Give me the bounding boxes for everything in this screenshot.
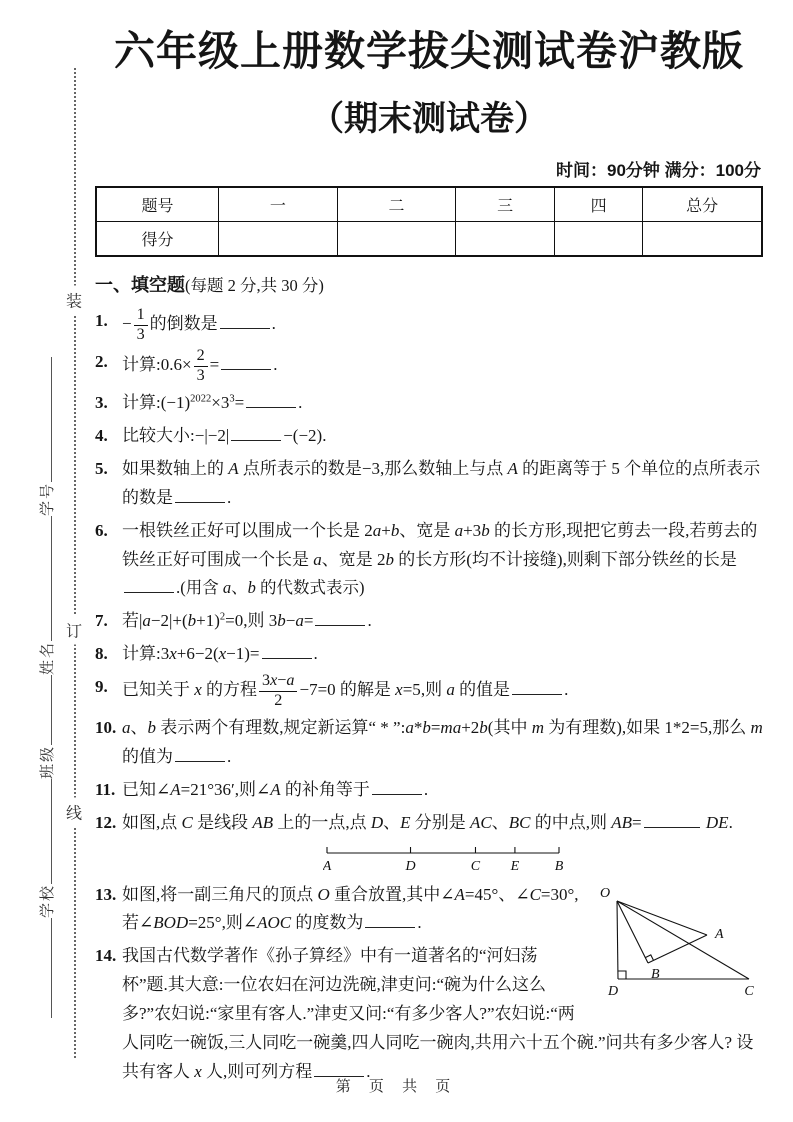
math-expression: b bbox=[148, 718, 157, 737]
math-expression: (−1)2022 bbox=[161, 393, 211, 412]
svg-text:D: D bbox=[404, 859, 415, 874]
question-5: 5.如果数轴上的 A 点所表示的数是−3,那么数轴上与点 A 的距离等于 5 个… bbox=[95, 455, 763, 513]
question-number: 1. bbox=[95, 307, 108, 336]
score-cell bbox=[337, 222, 456, 257]
question-text: 是线段 bbox=[193, 813, 253, 832]
binding-dotted-line bbox=[74, 68, 76, 1058]
score-table-header-row: 题号 一 二 三 四 总分 bbox=[96, 187, 762, 222]
question-text: . bbox=[314, 644, 318, 663]
question-number: 5. bbox=[95, 455, 108, 484]
answer-blank bbox=[231, 425, 281, 441]
question-text: 如果数轴上的 bbox=[122, 459, 228, 478]
question-text: 、 bbox=[492, 813, 509, 832]
score-header-cell: 总分 bbox=[643, 187, 762, 222]
question-text: 表示两个有理数,规定新运算“ * ”: bbox=[156, 718, 405, 737]
question-9: 9.已知关于 x 的方程3x−a2−7=0 的解是 x=5,则 a 的值是. bbox=[95, 673, 763, 710]
score-cell bbox=[219, 222, 338, 257]
question-text: 一根铁丝正好可以围成一个长是 bbox=[122, 521, 364, 540]
math-expression: O bbox=[318, 885, 330, 904]
binding-char: 线 bbox=[65, 798, 83, 827]
page-title: 六年级上册数学拔尖测试卷沪教版 bbox=[95, 26, 763, 77]
question-text: 计算: bbox=[122, 393, 161, 412]
question-7: 7.若|a−2|+(b+1)2=0,则 3b−a=. bbox=[95, 607, 763, 636]
answer-blank bbox=[372, 779, 422, 795]
math-expression: ∠BOD=25° bbox=[139, 913, 222, 932]
math-expression: AC bbox=[470, 813, 492, 832]
question-text: . bbox=[564, 680, 568, 699]
score-header-cell: 二 bbox=[337, 187, 456, 222]
question-text: . bbox=[272, 314, 276, 333]
math-expression: 3x+6−2(x−1)= bbox=[161, 644, 260, 663]
math-expression: = bbox=[235, 393, 245, 412]
question-text: 已知 bbox=[122, 780, 156, 799]
math-expression: x bbox=[194, 680, 202, 699]
math-expression: E bbox=[400, 813, 410, 832]
question-text: 为有理数),如果 bbox=[544, 718, 664, 737]
question-text: 的倒数是 bbox=[150, 314, 218, 333]
question-11: 11.已知∠A=21°36′,则∠A 的补角等于. bbox=[95, 776, 763, 805]
question-text: . bbox=[298, 393, 302, 412]
question-1: 1.−13的倒数是. bbox=[95, 307, 763, 344]
question-text: 、 bbox=[498, 885, 515, 904]
exam-page: 装订线 学校班级姓名学号 六年级上册数学拔尖测试卷沪教版 （期末测试卷） 时间：… bbox=[0, 0, 793, 1122]
question-text: 重合放置,其中 bbox=[330, 885, 441, 904]
math-expression: (b+1)2 bbox=[182, 611, 225, 630]
question-text: 如图,将一副三角尺的顶点 bbox=[122, 885, 318, 904]
score-header-cell: 题号 bbox=[96, 187, 219, 222]
math-expression: −3 bbox=[362, 459, 380, 478]
math-expression: a bbox=[313, 550, 322, 569]
student-info-label: 学号 bbox=[40, 482, 56, 516]
question-text: 如图,点 bbox=[122, 813, 182, 832]
question-text: ,那么数轴上与点 bbox=[380, 459, 508, 478]
question-text: 的度数为 bbox=[291, 913, 363, 932]
question-number: 4. bbox=[95, 422, 108, 451]
math-expression: a bbox=[446, 680, 455, 699]
student-info-blank bbox=[36, 357, 52, 482]
question-text: . bbox=[729, 813, 733, 832]
svg-text:B: B bbox=[555, 859, 563, 874]
section-heading: 一、填空题(每题 2 分,共 30 分) bbox=[95, 271, 763, 297]
question-number: 10. bbox=[95, 714, 116, 743]
math-expression: − bbox=[122, 314, 132, 333]
question-text: . bbox=[322, 426, 326, 445]
question-text: 的长方形(均不计接缝),则剩下部分铁丝的长是 bbox=[394, 550, 737, 569]
math-expression: DE bbox=[702, 813, 729, 832]
math-expression: C bbox=[182, 813, 193, 832]
math-expression: 3b−a= bbox=[269, 611, 314, 630]
math-expression: a*b=ma+2b bbox=[405, 718, 487, 737]
question-number: 14. bbox=[95, 942, 116, 971]
math-expression: 0.6× bbox=[161, 355, 192, 374]
fraction: 13 bbox=[134, 307, 148, 344]
answer-blank bbox=[262, 643, 312, 659]
score-cell bbox=[554, 222, 642, 257]
math-expression: AB bbox=[252, 813, 273, 832]
question-text: 计算: bbox=[122, 644, 161, 663]
math-expression: AB= bbox=[611, 813, 641, 832]
segment-figure: ADCEB bbox=[323, 844, 563, 874]
question-text: 若 bbox=[122, 611, 139, 630]
math-expression: A bbox=[228, 459, 238, 478]
question-list: 1.−13的倒数是.2.计算:0.6×23=.3.计算:(−1)2022×33=… bbox=[95, 307, 763, 1087]
question-10: 10.a、b 表示两个有理数,规定新运算“ * ”:a*b=ma+2b(其中 m… bbox=[95, 714, 763, 772]
student-info-blank bbox=[36, 779, 52, 884]
math-expression: ∠A=45° bbox=[440, 885, 498, 904]
question-text: 的值为 bbox=[122, 747, 173, 766]
answer-blank bbox=[644, 812, 700, 828]
math-expression: A bbox=[507, 459, 517, 478]
math-expression: BC bbox=[509, 813, 531, 832]
math-expression: =0 bbox=[225, 611, 243, 630]
question-text: 的中点,则 bbox=[531, 813, 612, 832]
question-text: ,则 bbox=[243, 611, 269, 630]
question-text: . bbox=[424, 780, 428, 799]
math-expression: a bbox=[122, 718, 131, 737]
question-14: 14.我国古代数学著作《孙子算经》中有一道著名的“河妇荡杯”题.其大意:一位农妇… bbox=[95, 942, 763, 1086]
math-expression: × bbox=[211, 393, 221, 412]
math-expression: x=5 bbox=[395, 680, 421, 699]
question-number: 7. bbox=[95, 607, 108, 636]
fraction: 23 bbox=[194, 348, 208, 385]
main-content: 六年级上册数学拔尖测试卷沪教版 （期末测试卷） 时间：90分钟 满分：100分 … bbox=[95, 0, 763, 1091]
question-text: 点所表示的数是 bbox=[239, 459, 362, 478]
question-text: . bbox=[417, 913, 421, 932]
student-info-fill-line: 学校班级姓名学号 bbox=[36, 238, 58, 1018]
question-text: . bbox=[367, 611, 371, 630]
student-info-label: 姓名 bbox=[40, 641, 56, 675]
svg-text:A: A bbox=[323, 859, 332, 874]
answer-blank bbox=[512, 679, 562, 695]
question-number: 13. bbox=[95, 881, 116, 910]
math-expression: −(−2) bbox=[283, 426, 322, 445]
question-number: 8. bbox=[95, 640, 108, 669]
question-group-with-figure: OABCD13.如图,将一副三角尺的顶点 O 重合放置,其中∠A=45°、∠C=… bbox=[95, 881, 763, 1087]
question-number: 12. bbox=[95, 809, 116, 838]
question-number: 9. bbox=[95, 673, 108, 702]
question-number: 2. bbox=[95, 348, 108, 377]
question-text: 计算: bbox=[122, 355, 161, 374]
answer-blank bbox=[220, 313, 270, 329]
score-header-cell: 三 bbox=[456, 187, 555, 222]
answer-blank bbox=[124, 577, 174, 593]
question-text: 已知关于 bbox=[122, 680, 194, 699]
question-text: 分别是 bbox=[411, 813, 471, 832]
math-expression: −7=0 bbox=[299, 680, 335, 699]
score-header-cell: 四 bbox=[554, 187, 642, 222]
answer-blank bbox=[175, 487, 225, 503]
math-expression: m bbox=[532, 718, 544, 737]
student-info-label: 学校 bbox=[40, 884, 56, 918]
question-text: ,则 bbox=[421, 680, 447, 699]
section-note: (每题 2 分,共 30 分) bbox=[185, 276, 324, 295]
fraction: 3x−a2 bbox=[259, 673, 297, 710]
section-title: 一、填空题 bbox=[95, 275, 185, 295]
answer-blank bbox=[221, 354, 271, 370]
student-info-blank bbox=[36, 675, 52, 745]
question-2: 2.计算:0.6×23=. bbox=[95, 348, 763, 385]
score-row-label: 得分 bbox=[96, 222, 219, 257]
question-number: 6. bbox=[95, 517, 108, 546]
answer-blank bbox=[365, 912, 415, 928]
math-expression: ∠A=21°36′ bbox=[156, 780, 235, 799]
svg-text:C: C bbox=[471, 859, 481, 874]
question-number: 11. bbox=[95, 776, 115, 805]
question-text: 的补角等于 bbox=[281, 780, 370, 799]
figure-wrapper: ADCEB bbox=[95, 842, 763, 881]
score-header-cell: 一 bbox=[219, 187, 338, 222]
answer-blank bbox=[175, 746, 225, 762]
page-footer: 第 页 共 页 bbox=[0, 1075, 793, 1096]
question-13: 13.如图,将一副三角尺的顶点 O 重合放置,其中∠A=45°、∠C=30°,若… bbox=[95, 881, 763, 939]
question-text: 、宽是 bbox=[322, 550, 377, 569]
question-text: . bbox=[273, 355, 277, 374]
question-text: 的方程 bbox=[202, 680, 257, 699]
question-text: . bbox=[227, 747, 231, 766]
math-expression: −|−2| bbox=[195, 426, 229, 445]
math-expression: ∠C=30° bbox=[515, 885, 574, 904]
exam-time-score-info: 时间：90分钟 满分：100分 bbox=[95, 156, 761, 181]
question-text: 上的一点,点 bbox=[273, 813, 371, 832]
question-text: 比较大小: bbox=[122, 426, 195, 445]
question-text: ,则 bbox=[222, 913, 243, 932]
question-text: 的解是 bbox=[336, 680, 396, 699]
score-cell bbox=[643, 222, 762, 257]
score-cell bbox=[456, 222, 555, 257]
question-6: 6.一根铁丝正好可以围成一个长是 2a+b、宽是 a+3b 的长方形,现把它剪去… bbox=[95, 517, 763, 604]
binding-char: 装 bbox=[65, 286, 83, 315]
math-expression: 1*2=5 bbox=[664, 718, 708, 737]
score-table-score-row: 得分 bbox=[96, 222, 762, 257]
question-text: 、 bbox=[131, 718, 148, 737]
math-expression: ∠AOC bbox=[243, 913, 291, 932]
math-expression: ∠A bbox=[256, 780, 281, 799]
question-8: 8.计算:3x+6−2(x−1)=. bbox=[95, 640, 763, 669]
question-text: (其中 bbox=[488, 718, 532, 737]
math-expression: |a−2|+ bbox=[139, 611, 182, 630]
student-info-blank bbox=[36, 918, 52, 1018]
math-expression: 2a+b bbox=[364, 521, 399, 540]
question-text: . bbox=[227, 488, 231, 507]
answer-blank bbox=[246, 392, 296, 408]
svg-text:E: E bbox=[510, 859, 520, 874]
question-text: ,则 bbox=[235, 780, 256, 799]
math-expression: 33 bbox=[221, 393, 235, 412]
question-number: 3. bbox=[95, 389, 108, 418]
math-expression: = bbox=[210, 355, 220, 374]
math-expression: a+3b bbox=[455, 521, 490, 540]
question-text: 、 bbox=[383, 813, 400, 832]
binding-char: 订 bbox=[65, 616, 83, 645]
math-expression: D bbox=[371, 813, 383, 832]
question-text: 的值是 bbox=[455, 680, 510, 699]
student-info-blank bbox=[36, 516, 52, 641]
question-12: 12.如图,点 C 是线段 AB 上的一点,点 D、E 分别是 AC、BC 的中… bbox=[95, 809, 763, 838]
math-expression: m bbox=[751, 718, 763, 737]
question-text: ,那么 bbox=[708, 718, 751, 737]
student-info-label: 班级 bbox=[40, 745, 56, 779]
question-3: 3.计算:(−1)2022×33=. bbox=[95, 389, 763, 418]
question-note: (用含 a、b 的代数式表示) bbox=[180, 578, 364, 597]
math-expression: 2b bbox=[377, 550, 394, 569]
page-subtitle: （期末测试卷） bbox=[95, 91, 763, 140]
question-text: 、宽是 bbox=[399, 521, 454, 540]
answer-blank bbox=[315, 610, 365, 626]
score-table: 题号 一 二 三 四 总分 得分 bbox=[95, 186, 763, 257]
question-4: 4.比较大小:−|−2|−(−2). bbox=[95, 422, 763, 451]
question-text: 我国古代数学著作《孙子算经》中有一道著名的“河妇荡杯”题.其大意:一位农妇在河边… bbox=[122, 946, 753, 1081]
